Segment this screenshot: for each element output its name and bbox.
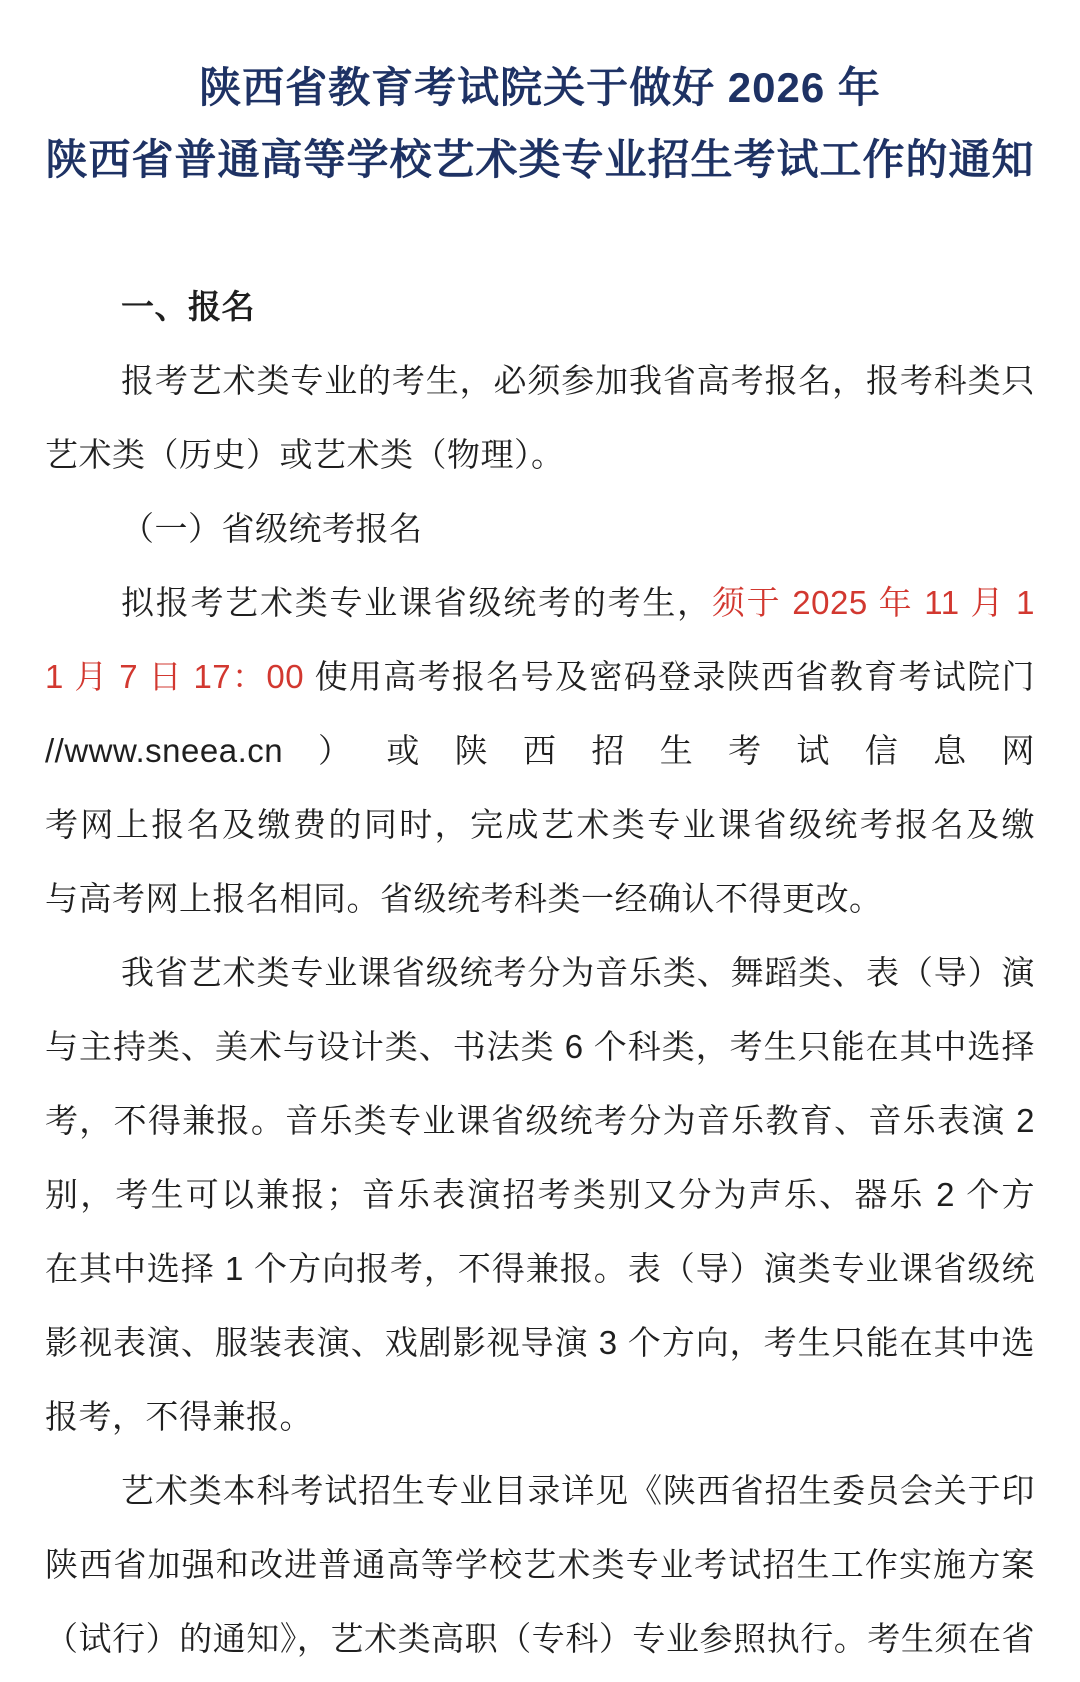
text-segment: 与主持类、美术与设计类、书法类 6 个科类，考生只能在其中选择 1 个科类报: [45, 1028, 1035, 1084]
section-heading: 一、报名: [45, 270, 1035, 344]
body-line: 1 月 7 日 17：00 使用高考报名号及密码登录陕西省教育考试院门户网站（h…: [45, 640, 1035, 714]
text-segment: 一、报名: [121, 288, 255, 325]
body-line: 在其中选择 1 个方向报考，不得兼报。表（导）演类专业课省级统考分为戏剧: [45, 1232, 1035, 1306]
text-segment: //www.sneea.cn）或陕西招生考试信息网（https://www.sn…: [45, 732, 1035, 788]
text-segment: 报考艺术类专业的考生，必须参加我省高考报名，报考科类只能选择为: [45, 362, 1035, 418]
text-segment: 与高考网上报名相同。省级统考科类一经确认不得更改。: [45, 880, 883, 917]
body-line: 考网上报名及缴费的同时，完成艺术类专业课省级统考报名及缴费，缴费方式: [45, 788, 1035, 862]
body-line: 考，不得兼报。音乐类专业课省级统考分为音乐教育、音乐表演 2 个招考类: [45, 1084, 1035, 1158]
doc-title-line-2: 陕西省普通高等学校艺术类专业招生考试工作的通知: [0, 124, 1080, 196]
text-segment: 在其中选择 1 个方向报考，不得兼报。表（导）演类专业课省级统考分为戏剧: [45, 1250, 1035, 1306]
doc-body: 一、报名报考艺术类专业的考生，必须参加我省高考报名，报考科类只能选择为艺术类（历…: [45, 270, 1035, 1676]
text-segment: 艺术类（历史）或艺术类（物理）。: [45, 436, 565, 473]
body-line: //www.sneea.cn）或陕西招生考试信息网（https://www.sn…: [45, 714, 1035, 788]
text-segment: 影视表演、服装表演、戏剧影视导演 3 个方向，考生只能在其中选择 1 个方向: [45, 1324, 1035, 1380]
doc-title: 陕西省教育考试院关于做好 2026 年 陕西省普通高等学校艺术类专业招生考试工作…: [0, 0, 1080, 196]
body-line: 我省艺术类专业课省级统考分为音乐类、舞蹈类、表（导）演类、播音: [45, 936, 1035, 1010]
text-segment: 考网上报名及缴费的同时，完成艺术类专业课省级统考报名及缴费，缴费方式: [45, 806, 1035, 862]
text-segment: 考，不得兼报。音乐类专业课省级统考分为音乐教育、音乐表演 2 个招考类: [45, 1102, 1035, 1158]
body-line: 别，考生可以兼报；音乐表演招考类别又分为声乐、器乐 2 个方向，考生只能: [45, 1158, 1035, 1232]
body-line: （试行）的通知》，艺术类高职（专科）专业参照执行。考生须在省: [45, 1602, 1035, 1676]
notice-document: 陕西省教育考试院关于做好 2026 年 陕西省普通高等学校艺术类专业招生考试工作…: [0, 0, 1080, 1682]
text-segment: （一）省级统考报名: [121, 510, 423, 547]
text-segment: 陕西省加强和改进普通高等学校艺术类专业考试招生工作实施方案: [45, 1546, 1035, 1583]
body-line: 艺术类（历史）或艺术类（物理）。: [45, 418, 1035, 492]
body-line: 拟报考艺术类专业课省级统考的考生，须于 2025 年 11 月 1 日 9：00…: [45, 566, 1035, 640]
doc-title-line-1: 陕西省教育考试院关于做好 2026 年: [0, 52, 1080, 124]
text-segment: 我省艺术类专业课省级统考分为音乐类、舞蹈类、表（导）演类、播音: [45, 954, 1035, 1010]
text-segment: 艺术类本科考试招生专业目录详见《陕西省招生委员会关于印发: [45, 1472, 1035, 1528]
body-line: 影视表演、服装表演、戏剧影视导演 3 个方向，考生只能在其中选择 1 个方向: [45, 1306, 1035, 1380]
body-line: 报考，不得兼报。: [45, 1380, 1035, 1454]
body-line: 艺术类本科考试招生专业目录详见《陕西省招生委员会关于印发: [45, 1454, 1035, 1528]
body-line: 与主持类、美术与设计类、书法类 6 个科类，考生只能在其中选择 1 个科类报: [45, 1010, 1035, 1084]
body-line: 与高考网上报名相同。省级统考科类一经确认不得更改。: [45, 862, 1035, 936]
text-segment: （试行）的通知》，艺术类高职（专科）专业参照执行。考生须在省: [45, 1620, 1035, 1657]
body-line: 报考艺术类专业的考生，必须参加我省高考报名，报考科类只能选择为: [45, 344, 1035, 418]
text-segment: 别，考生可以兼报；音乐表演招考类别又分为声乐、器乐 2 个方向，考生只能: [45, 1176, 1035, 1232]
body-line: 陕西省加强和改进普通高等学校艺术类专业考试招生工作实施方案: [45, 1528, 1035, 1602]
text-segment: 拟报考艺术类专业课省级统考的考生，: [121, 584, 712, 621]
highlighted-text: 1 月 7 日 17：00: [45, 658, 315, 695]
text-segment: 报考，不得兼报。: [45, 1398, 313, 1435]
body-line: （一）省级统考报名: [45, 492, 1035, 566]
